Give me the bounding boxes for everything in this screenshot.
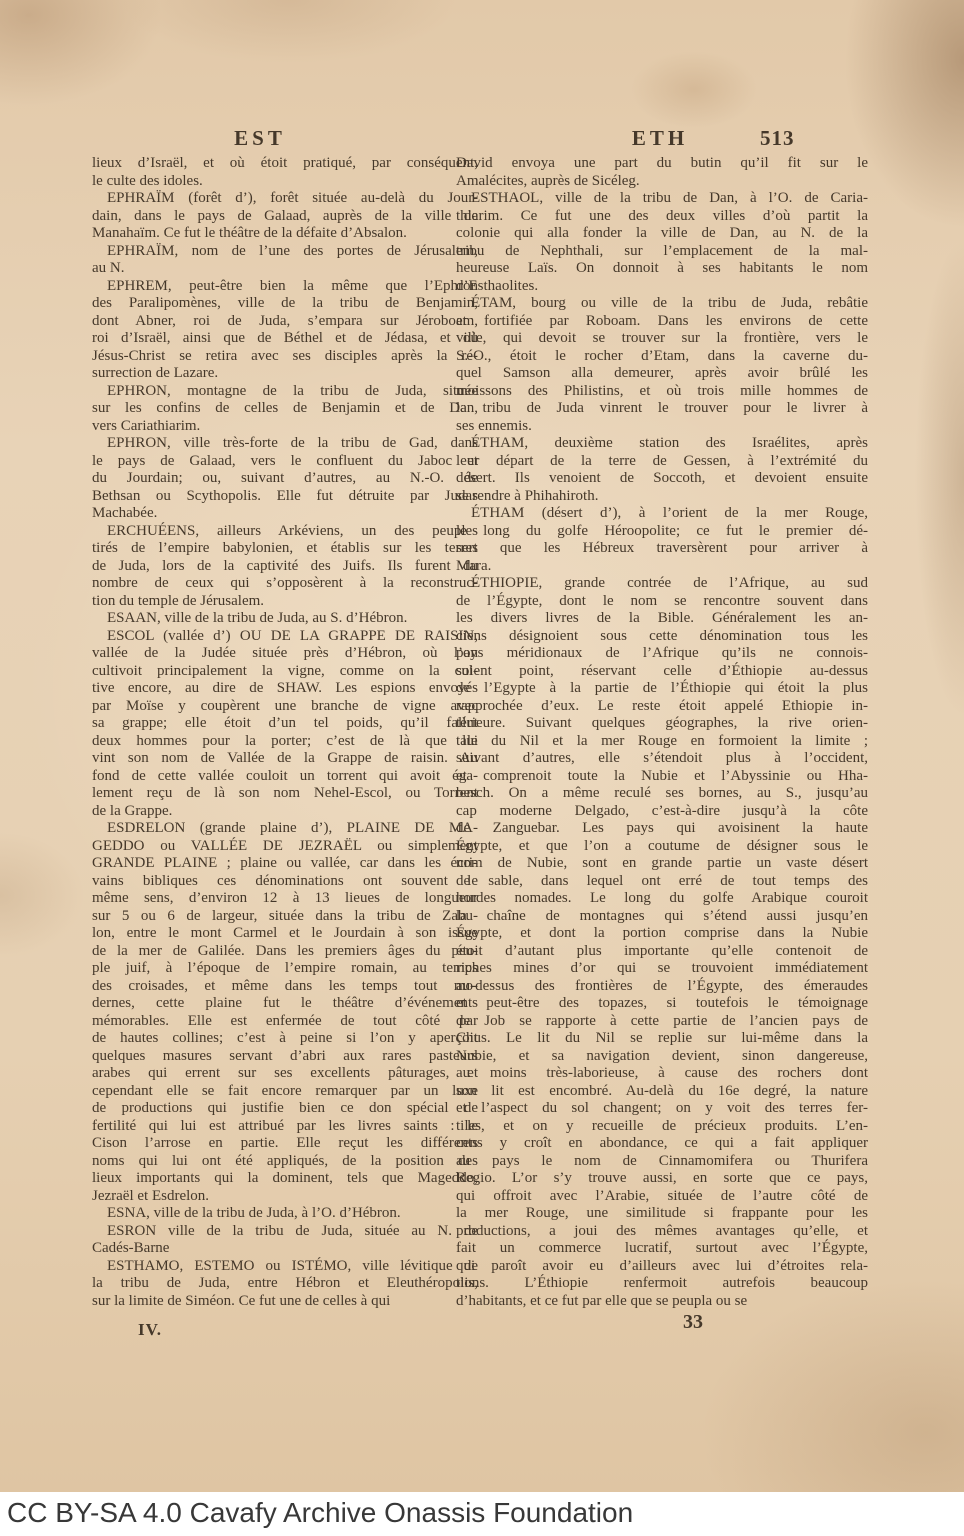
text-line: noms qui lui ont été appliqués, de la po… xyxy=(92,1153,478,1171)
text-line: lon, entre le mont Carmel et le Jourdain… xyxy=(92,925,478,943)
text-column-left: lieux d’Israël, et où étoit pratiqué, pa… xyxy=(92,155,478,1310)
text-line: tions. L’Éthiopie renfermoit autrefois b… xyxy=(456,1275,868,1293)
text-line: David envoya une part du butin qu’il fit… xyxy=(456,155,868,173)
text-line: ESRON ville de la tribu de Juda, située … xyxy=(92,1223,478,1241)
text-line: le long du golfe Héroopolite; ce fut le … xyxy=(456,523,868,541)
text-line: le culte des idoles. xyxy=(92,173,478,191)
text-line: tive encore, au dire de SHAW. Les espion… xyxy=(92,680,478,698)
text-line: sur la limite de Siméon. Ce fut une de c… xyxy=(92,1293,478,1311)
text-line: tale du Nil et la mer Rouge en formoient… xyxy=(456,733,868,751)
text-line: Machabée. xyxy=(92,505,478,523)
text-line: productions, a joui des mêmes avantages … xyxy=(456,1223,868,1241)
dictionary-entry-paragraph: ÉTHAM, deuxième station des Israélites, … xyxy=(456,435,868,505)
text-line: au-dessus des frontières de l’Égypte, de… xyxy=(456,978,868,996)
text-line: et l’aspect du sol changent; on y voit d… xyxy=(456,1100,868,1118)
text-line: vint son nom de Vallée de la Grappe de r… xyxy=(92,750,478,768)
dictionary-entry-paragraph: ÉTHAM (désert d’), à l’orient de la mer … xyxy=(456,505,868,575)
text-line: surrection de Lazare. xyxy=(92,365,478,383)
text-line: EPHRAÏM, nom de l’une des portes de Jéru… xyxy=(92,243,478,261)
text-line: sa grappe; elle étoit d’un tel poids, qu… xyxy=(92,715,478,733)
text-line: les divers livres de la Bible. Généralem… xyxy=(456,610,868,628)
text-line: leur départ de la terre de Gessen, à l’e… xyxy=(456,453,868,471)
text-line: GEDDO ou VALLÉE DE JEZRAËL ou simplement xyxy=(92,838,478,856)
text-line: fertilité qui lui est attribué par les l… xyxy=(92,1118,478,1136)
text-line: mémorables. Elle est enfermée de tout cô… xyxy=(92,1013,478,1031)
text-line: ÉTHIOPIE, grande contrée de l’Afrique, a… xyxy=(456,575,868,593)
text-line: quelques masures servant d’abri aux rare… xyxy=(92,1048,478,1066)
text-line: d’habitants, et ce fut par elle que se p… xyxy=(456,1293,868,1311)
dictionary-entry-paragraph: EPHRON, ville très-forte de la tribu de … xyxy=(92,435,478,523)
text-line: thiarim. Ce fut une des deux villes d’où… xyxy=(456,208,868,226)
text-line: de la Grappe. xyxy=(92,803,478,821)
text-line: moissons des Philistins, et où trois mil… xyxy=(456,383,868,401)
text-line: de Zanguebar. Les pays qui avoisinent la… xyxy=(456,820,868,838)
text-line: Manahaïm. Ce fut le théâtre de la défait… xyxy=(92,225,478,243)
text-line: sert que les Hébreux traversèrent pour a… xyxy=(456,540,868,558)
text-line: suivant d’autres, elle s’étendoit plus à… xyxy=(456,750,868,768)
text-line: d’Esthaolites. xyxy=(456,278,868,296)
text-line: ERCHUÉENS, ailleurs Arkéviens, un des pe… xyxy=(92,523,478,541)
text-line: le pays de Galaad, vers le confluent du … xyxy=(92,453,478,471)
text-line: térieure. Suivant quelques géographes, l… xyxy=(456,715,868,733)
text-line: la mer Rouge, une similitude si frappant… xyxy=(456,1205,868,1223)
text-line: roi d’Israël, ainsi que de Béthel et de … xyxy=(92,330,478,348)
dictionary-entry-paragraph: ÉTAM, bourg ou ville de la tribu de Juda… xyxy=(456,295,868,435)
text-line: et fortifiée par Roboam. Dans les enviro… xyxy=(456,313,868,331)
running-head-right: ETH xyxy=(580,126,740,151)
text-line: ÉTHAM (désert d’), à l’orient de la mer … xyxy=(456,505,868,523)
text-line: Jezraël et Esdrelon. xyxy=(92,1188,478,1206)
text-line: ESCOL (vallée d’) OU DE LA GRAPPE DE RAI… xyxy=(92,628,478,646)
text-line: de l’Égypte, dont le nom se rencontre so… xyxy=(456,593,868,611)
dictionary-entry-paragraph: ESCOL (vallée d’) OU DE LA GRAPPE DE RAI… xyxy=(92,628,478,821)
text-line: des Paralipomènes, ville de la tribu de … xyxy=(92,295,478,313)
text-line: ESDRELON (grande plaine d’), PLAINE DE M… xyxy=(92,820,478,838)
book-page-scan: EST ETH 513 lieux d’Israël, et où étoit … xyxy=(0,0,964,1492)
text-line: heureuse Laïs. On donnoit à ses habitant… xyxy=(456,260,868,278)
text-line: sur les confins de celles de Benjamin et… xyxy=(92,400,478,418)
text-line: la tribu de Juda vinrent le trouver pour… xyxy=(456,400,868,418)
text-line: de Job se rapporte à cette partie de l’a… xyxy=(456,1013,868,1031)
text-line: dont Abner, roi de Juda, s’empara sur Jé… xyxy=(92,313,478,331)
running-head-left: EST xyxy=(180,126,340,151)
dictionary-entry-paragraph: EPHRON, montagne de la tribu de Juda, si… xyxy=(92,383,478,436)
text-line: même sens, d’environ 12 à 13 lieues de l… xyxy=(92,890,478,908)
text-line: vallée de la Judée située près d’Hébron,… xyxy=(92,645,478,663)
text-line: tiles, et on y recueille de précieux pro… xyxy=(456,1118,868,1136)
license-bar: CC BY-SA 4.0 Cavafy Archive Onassis Foun… xyxy=(0,1492,964,1536)
license-text: CC BY-SA 4.0 Cavafy Archive Onassis Foun… xyxy=(0,1497,633,1528)
text-line: la chaîne de montagnes qui s’étend aussi… xyxy=(456,908,868,926)
text-line: EPHREM, peut-être bien la même que l’Eph… xyxy=(92,278,478,296)
text-line: qui offroit avec l’Arabie, située de l’a… xyxy=(456,1188,868,1206)
text-line: vers Cariathiarim. xyxy=(92,418,478,436)
text-line: et comprenoit toute la Nubie et l’Abyssi… xyxy=(456,768,868,786)
text-line: Mara. xyxy=(456,558,868,576)
text-line: des croisades, et même dans les temps to… xyxy=(92,978,478,996)
text-line: de productions qui justifie bien ce don … xyxy=(92,1100,478,1118)
text-line: qui paroît avoir eu d’ailleurs avec lui … xyxy=(456,1258,868,1276)
text-line: ÉTAM, bourg ou ville de la tribu de Juda… xyxy=(456,295,868,313)
text-line: Égypte, et que l’on a coutume de désigne… xyxy=(456,838,868,856)
text-line: de hautes collines; c’est à peine si l’o… xyxy=(92,1030,478,1048)
text-line: du Jourdain; ou, suivant d’autres, au N.… xyxy=(92,470,478,488)
text-line: de l’Egypte à la partie de l’Éthiopie qu… xyxy=(456,680,868,698)
text-line: ESAAN, ville de la tribu de Juda, au S. … xyxy=(92,610,478,628)
text-line: EPHRAÏM (forêt d’), forêt située au-delà… xyxy=(92,190,478,208)
dictionary-entry-paragraph: ESRON ville de la tribu de Juda, située … xyxy=(92,1223,478,1258)
text-line: Cison l’arrose en partie. Elle reçut les… xyxy=(92,1135,478,1153)
text-line: ESTHAMO, ESTEMO ou ISTÉMO, ville lévitiq… xyxy=(92,1258,478,1276)
text-line: Nubie, et sa navigation devient, sinon d… xyxy=(456,1048,868,1066)
text-line: de Juda, lors de la captivité des Juifs.… xyxy=(92,558,478,576)
dictionary-entry-paragraph: ERCHUÉENS, ailleurs Arkéviens, un des pe… xyxy=(92,523,478,611)
text-line: de la mer de Galilée. Dans les premiers … xyxy=(92,943,478,961)
sheet-signature: 33 xyxy=(683,1311,703,1334)
text-line: riches mines d’or qui se trouvoient immé… xyxy=(456,960,868,978)
text-line: Bethsan ou Scythopolis. Elle fut détruit… xyxy=(92,488,478,506)
dictionary-entry-paragraph: lieux d’Israël, et où étoit pratiqué, pa… xyxy=(92,155,478,190)
text-line: son lit est encombré. Au-delà du 16e deg… xyxy=(456,1083,868,1101)
text-line: ESTHAOL, ville de la tribu de Dan, à l’O… xyxy=(456,190,868,208)
dictionary-entry-paragraph: ESDRELON (grande plaine d’), PLAINE DE M… xyxy=(92,820,478,1205)
text-line: au moins très-laborieuse, à cause des ro… xyxy=(456,1065,868,1083)
text-column-right: David envoya une part du butin qu’il fit… xyxy=(456,155,868,1310)
text-line: tirés de l’empire babylonien, et établis… xyxy=(92,540,478,558)
text-line: fond de cette vallée couloit un torrent … xyxy=(92,768,478,786)
text-line: Égypte, et dont la portion comprise dans… xyxy=(456,925,868,943)
text-line: cens y croît en abondance, ce qui a fait… xyxy=(456,1135,868,1153)
text-line: cultivoit principalement la vigne, comme… xyxy=(92,663,478,681)
dictionary-entry-paragraph: ESAAN, ville de la tribu de Juda, au S. … xyxy=(92,610,478,628)
text-line: dernes, cette plaine fut le théâtre d’év… xyxy=(92,995,478,1013)
dictionary-entry-paragraph: ESTHAOL, ville de la tribu de Dan, à l’O… xyxy=(456,190,868,295)
text-line: ville, qui devoit se trouver sur la fron… xyxy=(456,330,868,348)
text-line: EPHRON, montagne de la tribu de Juda, si… xyxy=(92,383,478,401)
text-line: rapprochée d’eux. Le reste étoit appelé … xyxy=(456,698,868,716)
text-line: quel Samson alla demeurer, après avoir b… xyxy=(456,365,868,383)
text-line: EPHRON, ville très-forte de la tribu de … xyxy=(92,435,478,453)
text-line: nombre de ceux qui s’opposèrent à la rec… xyxy=(92,575,478,593)
text-line: besch. On a même reculé ses bornes, au S… xyxy=(456,785,868,803)
text-line: nom de Nubie, sont en grande partie un v… xyxy=(456,855,868,873)
dictionary-entry-paragraph: David envoya une part du butin qu’il fit… xyxy=(456,155,868,190)
text-line: tion du temple de Jérusalem. xyxy=(92,593,478,611)
text-line: étoit d’autant plus importante qu’elle c… xyxy=(456,943,868,961)
dictionary-entry-paragraph: ESTHAMO, ESTEMO ou ISTÉMO, ville lévitiq… xyxy=(92,1258,478,1311)
text-line: de sable, dans lequel ont erré de tout t… xyxy=(456,873,868,891)
dictionary-entry-paragraph: EPHRAÏM, nom de l’une des portes de Jéru… xyxy=(92,243,478,278)
text-line: hordes nomades. Le long du golfe Arabiqu… xyxy=(456,890,868,908)
dictionary-entry-paragraph: EPHREM, peut-être bien la même que l’Eph… xyxy=(92,278,478,383)
text-line: par Moïse y coupèrent une branche de vig… xyxy=(92,698,478,716)
text-line: la tribu de Juda, entre Hébron et Eleuth… xyxy=(92,1275,478,1293)
text-line: vains bibliques ces dénominations ont so… xyxy=(92,873,478,891)
text-line: Jésus-Christ se retira avec ses disciple… xyxy=(92,348,478,366)
text-line: se rendre à Phihahiroth. xyxy=(456,488,868,506)
text-line: arabes qui errent sur ses excellents pât… xyxy=(92,1065,478,1083)
dictionary-entry-paragraph: ESNA, ville de la tribu de Juda, à l’O. … xyxy=(92,1205,478,1223)
page-number: 513 xyxy=(760,126,795,151)
text-line: lieux d’Israël, et où étoit pratiqué, pa… xyxy=(92,155,478,173)
text-line: sur 5 ou 6 de largeur, située dans la tr… xyxy=(92,908,478,926)
text-line: lement reçu de là son nom Nehel-Escol, o… xyxy=(92,785,478,803)
text-line: S.-O., étoit le rocher d’Etam, dans la c… xyxy=(456,348,868,366)
text-line: Chus. Le lit du Nil se replie sur lui-mê… xyxy=(456,1030,868,1048)
text-line: ciens désignoient sous cette dénominatio… xyxy=(456,628,868,646)
dictionary-entry-paragraph: ÉTHIOPIE, grande contrée de l’Afrique, a… xyxy=(456,575,868,1310)
text-line: pays méridionaux de l’Afrique qu’ils ne … xyxy=(456,645,868,663)
text-line: ple juif, à l’époque de l’empire romain,… xyxy=(92,960,478,978)
text-line: lieux importants qui la dominent, tels q… xyxy=(92,1170,478,1188)
text-line: GRANDE PLAINE ; plaine ou vallée, car da… xyxy=(92,855,478,873)
text-line: Cadés-Barne xyxy=(92,1240,478,1258)
text-line: soient point, réservant celle d’Éthiopie… xyxy=(456,663,868,681)
text-line: et peut-être des topazes, si toutefois l… xyxy=(456,995,868,1013)
text-line: tribu de Nephthali, sur l’emplacement de… xyxy=(456,243,868,261)
text-line: Regio. L’or s’y trouve aussi, en sorte q… xyxy=(456,1170,868,1188)
text-line: Amalécites, auprès de Sicéleg. xyxy=(456,173,868,191)
text-line: ÉTHAM, deuxième station des Israélites, … xyxy=(456,435,868,453)
dictionary-entry-paragraph: EPHRAÏM (forêt d’), forêt située au-delà… xyxy=(92,190,478,243)
text-line: colonie qui alla fonder la ville de Dan,… xyxy=(456,225,868,243)
text-line: désert. Ils venoient de Soccoth, et devo… xyxy=(456,470,868,488)
text-line: dain, dans le pays de Galaad, auprès de … xyxy=(92,208,478,226)
text-line: au pays le nom de Cinnamomifera ou Thuri… xyxy=(456,1153,868,1171)
text-line: ESNA, ville de la tribu de Juda, à l’O. … xyxy=(92,1205,478,1223)
volume-signature: IV. xyxy=(138,1320,162,1340)
text-line: cap moderne Delgado, c’est-à-dire jusqu’… xyxy=(456,803,868,821)
text-line: deux hommes pour la porter; c’est de là … xyxy=(92,733,478,751)
text-line: fait un commerce lucratif, surtout avec … xyxy=(456,1240,868,1258)
text-line: au N. xyxy=(92,260,478,278)
text-line: ses ennemis. xyxy=(456,418,868,436)
text-line: cependant elle se fait encore remarquer … xyxy=(92,1083,478,1101)
